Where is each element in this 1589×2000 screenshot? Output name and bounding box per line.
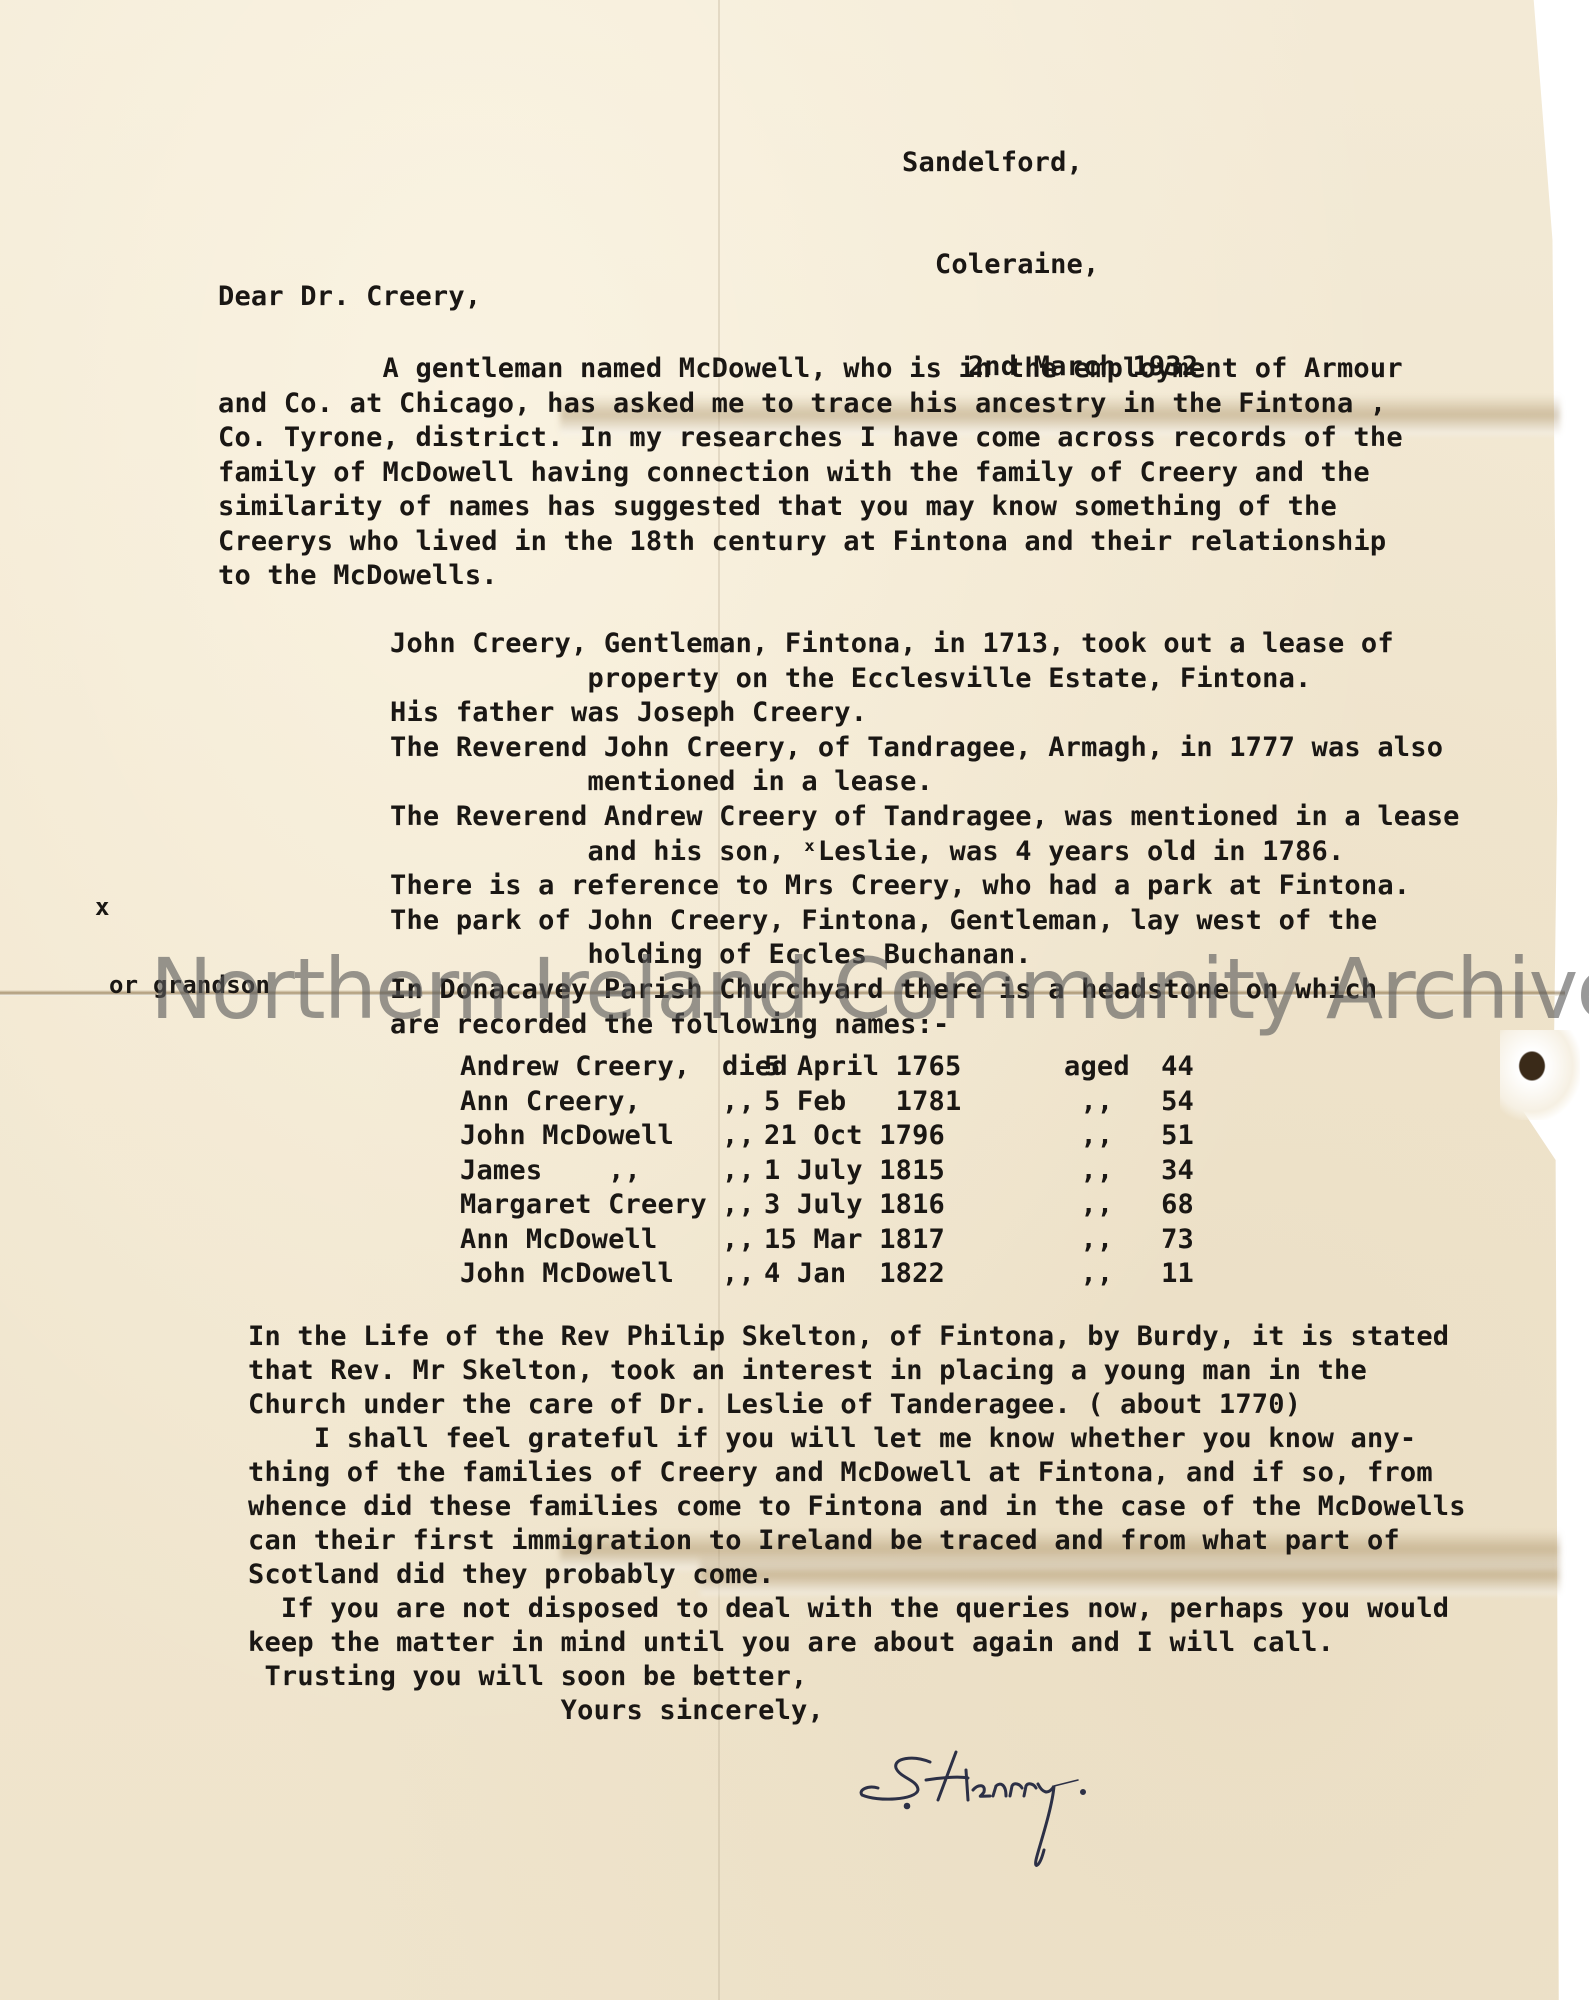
headstone-ditto: ,, [722, 1188, 764, 1223]
signature: S. Henry. [858, 1740, 1178, 1880]
headstone-date: 4 Jan 1822 [764, 1257, 1064, 1292]
record-line: mentioned in a lease. [390, 765, 1460, 800]
salutation: Dear Dr. Creery, [218, 280, 481, 314]
closing-paragraphs: In the Life of the Rev Philip Skelton, o… [248, 1320, 1466, 1728]
text-line: Yours sincerely, [248, 1694, 1466, 1728]
record-line: The Reverend John Creery, of Tandragee, … [390, 731, 1460, 766]
headstone-aged: ,, [1064, 1119, 1154, 1154]
headstone-age: 34 [1154, 1154, 1194, 1189]
record-line: The Reverend Andrew Creery of Tandragee,… [390, 800, 1460, 835]
headstone-date: 21 Oct 1796 [764, 1119, 1064, 1154]
headstone-aged: ,, [1064, 1257, 1154, 1292]
record-line: John Creery, Gentleman, Fintona, in 1713… [390, 627, 1460, 662]
text-line: whence did these families come to Finton… [248, 1490, 1466, 1524]
text-line: Church under the care of Dr. Leslie of T… [248, 1388, 1466, 1422]
headstone-age: 44 [1154, 1050, 1194, 1085]
headstone-name: John McDowell [460, 1257, 722, 1292]
headstone-ditto: ,, [722, 1085, 764, 1120]
text-line: If you are not disposed to deal with the… [248, 1592, 1466, 1626]
text-line: can their first immigration to Ireland b… [248, 1524, 1466, 1558]
headstone-row: John McDowell,,4 Jan 1822 ,,11 [460, 1257, 1194, 1292]
headstone-row: Ann McDowell,,15 Mar 1817 ,,73 [460, 1223, 1194, 1258]
headstone-row: John McDowell,,21 Oct 1796 ,,51 [460, 1119, 1194, 1154]
headstone-age: 51 [1154, 1119, 1194, 1154]
headstone-aged: aged [1064, 1050, 1154, 1085]
text-line: similarity of names has suggested that y… [218, 490, 1518, 525]
headstone-row: James ,,,,1 July 1815 ,,34 [460, 1154, 1194, 1189]
record-line: There is a reference to Mrs Creery, who … [390, 869, 1460, 904]
headstone-aged: ,, [1064, 1154, 1154, 1189]
headstone-ditto: died [722, 1050, 764, 1085]
text-line: Co. Tyrone, district. In my researches I… [218, 421, 1518, 456]
headstone-ditto: ,, [722, 1223, 764, 1258]
text-line: I shall feel grateful if you will let me… [248, 1422, 1466, 1456]
headstone-date: 15 Mar 1817 [764, 1223, 1064, 1258]
headstone-age: 73 [1154, 1223, 1194, 1258]
headstone-age: 11 [1154, 1257, 1194, 1292]
headstone-ditto: ,, [722, 1119, 764, 1154]
headstone-age: 68 [1154, 1188, 1194, 1223]
text-line: A gentleman named McDowell, who is in th… [218, 352, 1518, 387]
headstone-date: 3 July 1816 [764, 1188, 1064, 1223]
headstone-name: John McDowell [460, 1119, 722, 1154]
headstone-name: Ann Creery, [460, 1085, 722, 1120]
text-line: Trusting you will soon be better, [248, 1660, 1466, 1694]
record-line: property on the Ecclesville Estate, Fint… [390, 662, 1460, 697]
headstone-date: 5 April 1765 [764, 1050, 1064, 1085]
text-line: thing of the families of Creery and McDo… [248, 1456, 1466, 1490]
text-line: In the Life of the Rev Philip Skelton, o… [248, 1320, 1466, 1354]
headstone-date: 5 Feb 1781 [764, 1085, 1064, 1120]
record-line: and his son, ˣLeslie, was 4 years old in… [390, 835, 1460, 870]
headstone-ditto: ,, [722, 1257, 764, 1292]
text-line: that Rev. Mr Skelton, took an interest i… [248, 1354, 1466, 1388]
headstone-name: Ann McDowell [460, 1223, 722, 1258]
text-line: family of McDowell having connection wit… [218, 456, 1518, 491]
headstone-name: James ,, [460, 1154, 722, 1189]
headstone-row: Ann Creery,,,5 Feb 1781 ,,54 [460, 1085, 1194, 1120]
text-line: keep the matter in mind until you are ab… [248, 1626, 1466, 1660]
watermark: Northern Ireland Community Archive [150, 940, 1589, 1038]
text-line: Creerys who lived in the 18th century at… [218, 525, 1518, 560]
text-line: and Co. at Chicago, has asked me to trac… [218, 387, 1518, 422]
headstone-age: 54 [1154, 1085, 1194, 1120]
paper-tear [1500, 1030, 1580, 1120]
headstone-date: 1 July 1815 [764, 1154, 1064, 1189]
text-line: to the McDowells. [218, 559, 1518, 594]
headstone-row: Margaret Creery,,3 July 1816 ,,68 [460, 1188, 1194, 1223]
record-line: His father was Joseph Creery. [390, 696, 1460, 731]
record-line: The park of John Creery, Fintona, Gentle… [390, 904, 1460, 939]
margin-mark: x [95, 894, 270, 920]
headstone-aged: ,, [1064, 1188, 1154, 1223]
headstone-row: Andrew Creery,died5 April 1765aged44 [460, 1050, 1194, 1085]
address-line: Sandelford, [902, 146, 1198, 180]
address-line: Coleraine, [902, 248, 1198, 282]
headstone-aged: ,, [1064, 1085, 1154, 1120]
headstone-ditto: ,, [722, 1154, 764, 1189]
intro-paragraph: A gentleman named McDowell, who is in th… [218, 352, 1518, 594]
headstone-name: Margaret Creery [460, 1188, 722, 1223]
headstone-aged: ,, [1064, 1223, 1154, 1258]
headstone-table: Andrew Creery,died5 April 1765aged44Ann … [460, 1050, 1194, 1292]
headstone-name: Andrew Creery, [460, 1050, 722, 1085]
text-line: Scotland did they probably come. [248, 1558, 1466, 1592]
